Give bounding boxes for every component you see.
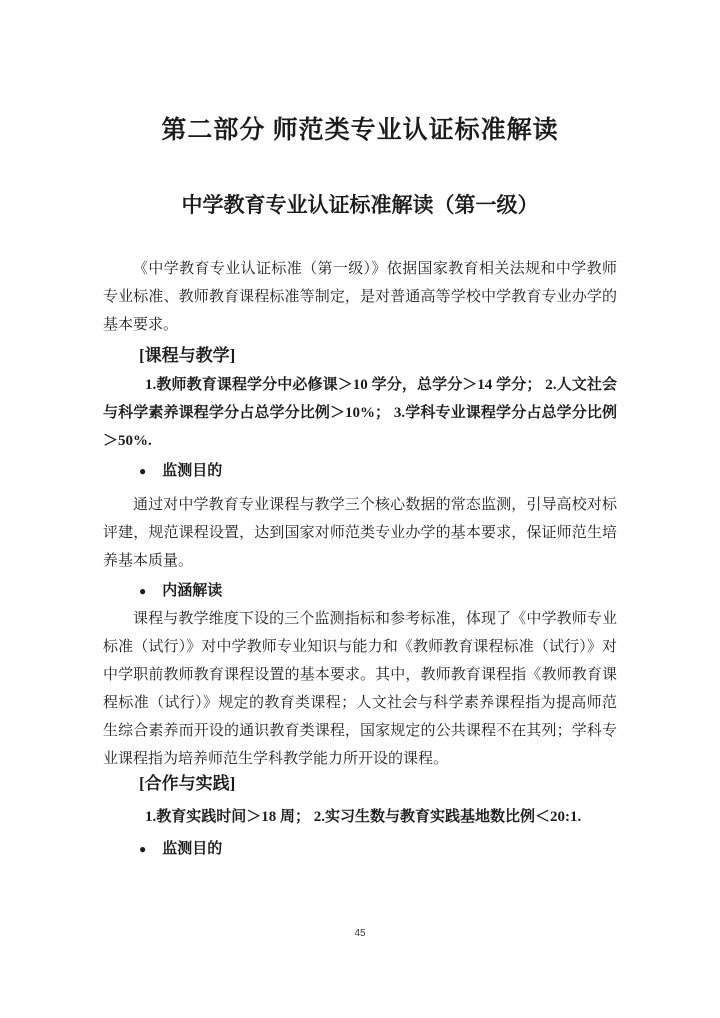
bullet-dot-icon: ●	[139, 839, 146, 859]
bullet-item-monitor-purpose-2: ● 监测目的	[139, 839, 222, 859]
connotation-paragraph: 课程与教学维度下设的三个监测指标和参考标准，体现了《中学教师专业标准（试行）》对…	[103, 605, 617, 773]
standards-text-practice: 1.教育实践时间＞18 周； 2.实习生数与教育实践基地数比例＜20:1.	[103, 803, 617, 831]
bullet-label: 内涵解读	[162, 581, 222, 601]
bullet-label: 监测目的	[162, 461, 222, 481]
page-number: 45	[0, 928, 720, 939]
document-page: 第二部分 师范类专业认证标准解读 中学教育专业认证标准解读（第一级） 《中学教育…	[0, 0, 720, 1018]
monitor-purpose-paragraph: 通过对中学教育专业课程与教学三个核心数据的常态监测，引导高校对标评建，规范课程设…	[103, 491, 617, 575]
intro-paragraph: 《中学教育专业认证标准（第一级）》依据国家教育相关法规和中学教师专业标准、教师教…	[103, 255, 617, 339]
bullet-item-monitor-purpose-1: ● 监测目的	[139, 461, 222, 481]
page-content: 第二部分 师范类专业认证标准解读 中学教育专业认证标准解读（第一级） 《中学教育…	[103, 0, 617, 1018]
part-title: 第二部分 师范类专业认证标准解读	[103, 114, 617, 148]
section-heading-curriculum: [课程与教学]	[139, 344, 235, 368]
bullet-dot-icon: ●	[139, 461, 146, 481]
section-title: 中学教育专业认证标准解读（第一级）	[103, 191, 617, 219]
standards-text-curriculum: 1.教师教育课程学分中必修课＞10 学分，总学分＞14 学分； 2.人文社会与科…	[103, 371, 617, 455]
bullet-label: 监测目的	[162, 839, 222, 859]
bullet-item-connotation: ● 内涵解读	[139, 581, 222, 601]
section-heading-practice: [合作与实践]	[139, 772, 235, 796]
bullet-dot-icon: ●	[139, 581, 146, 601]
